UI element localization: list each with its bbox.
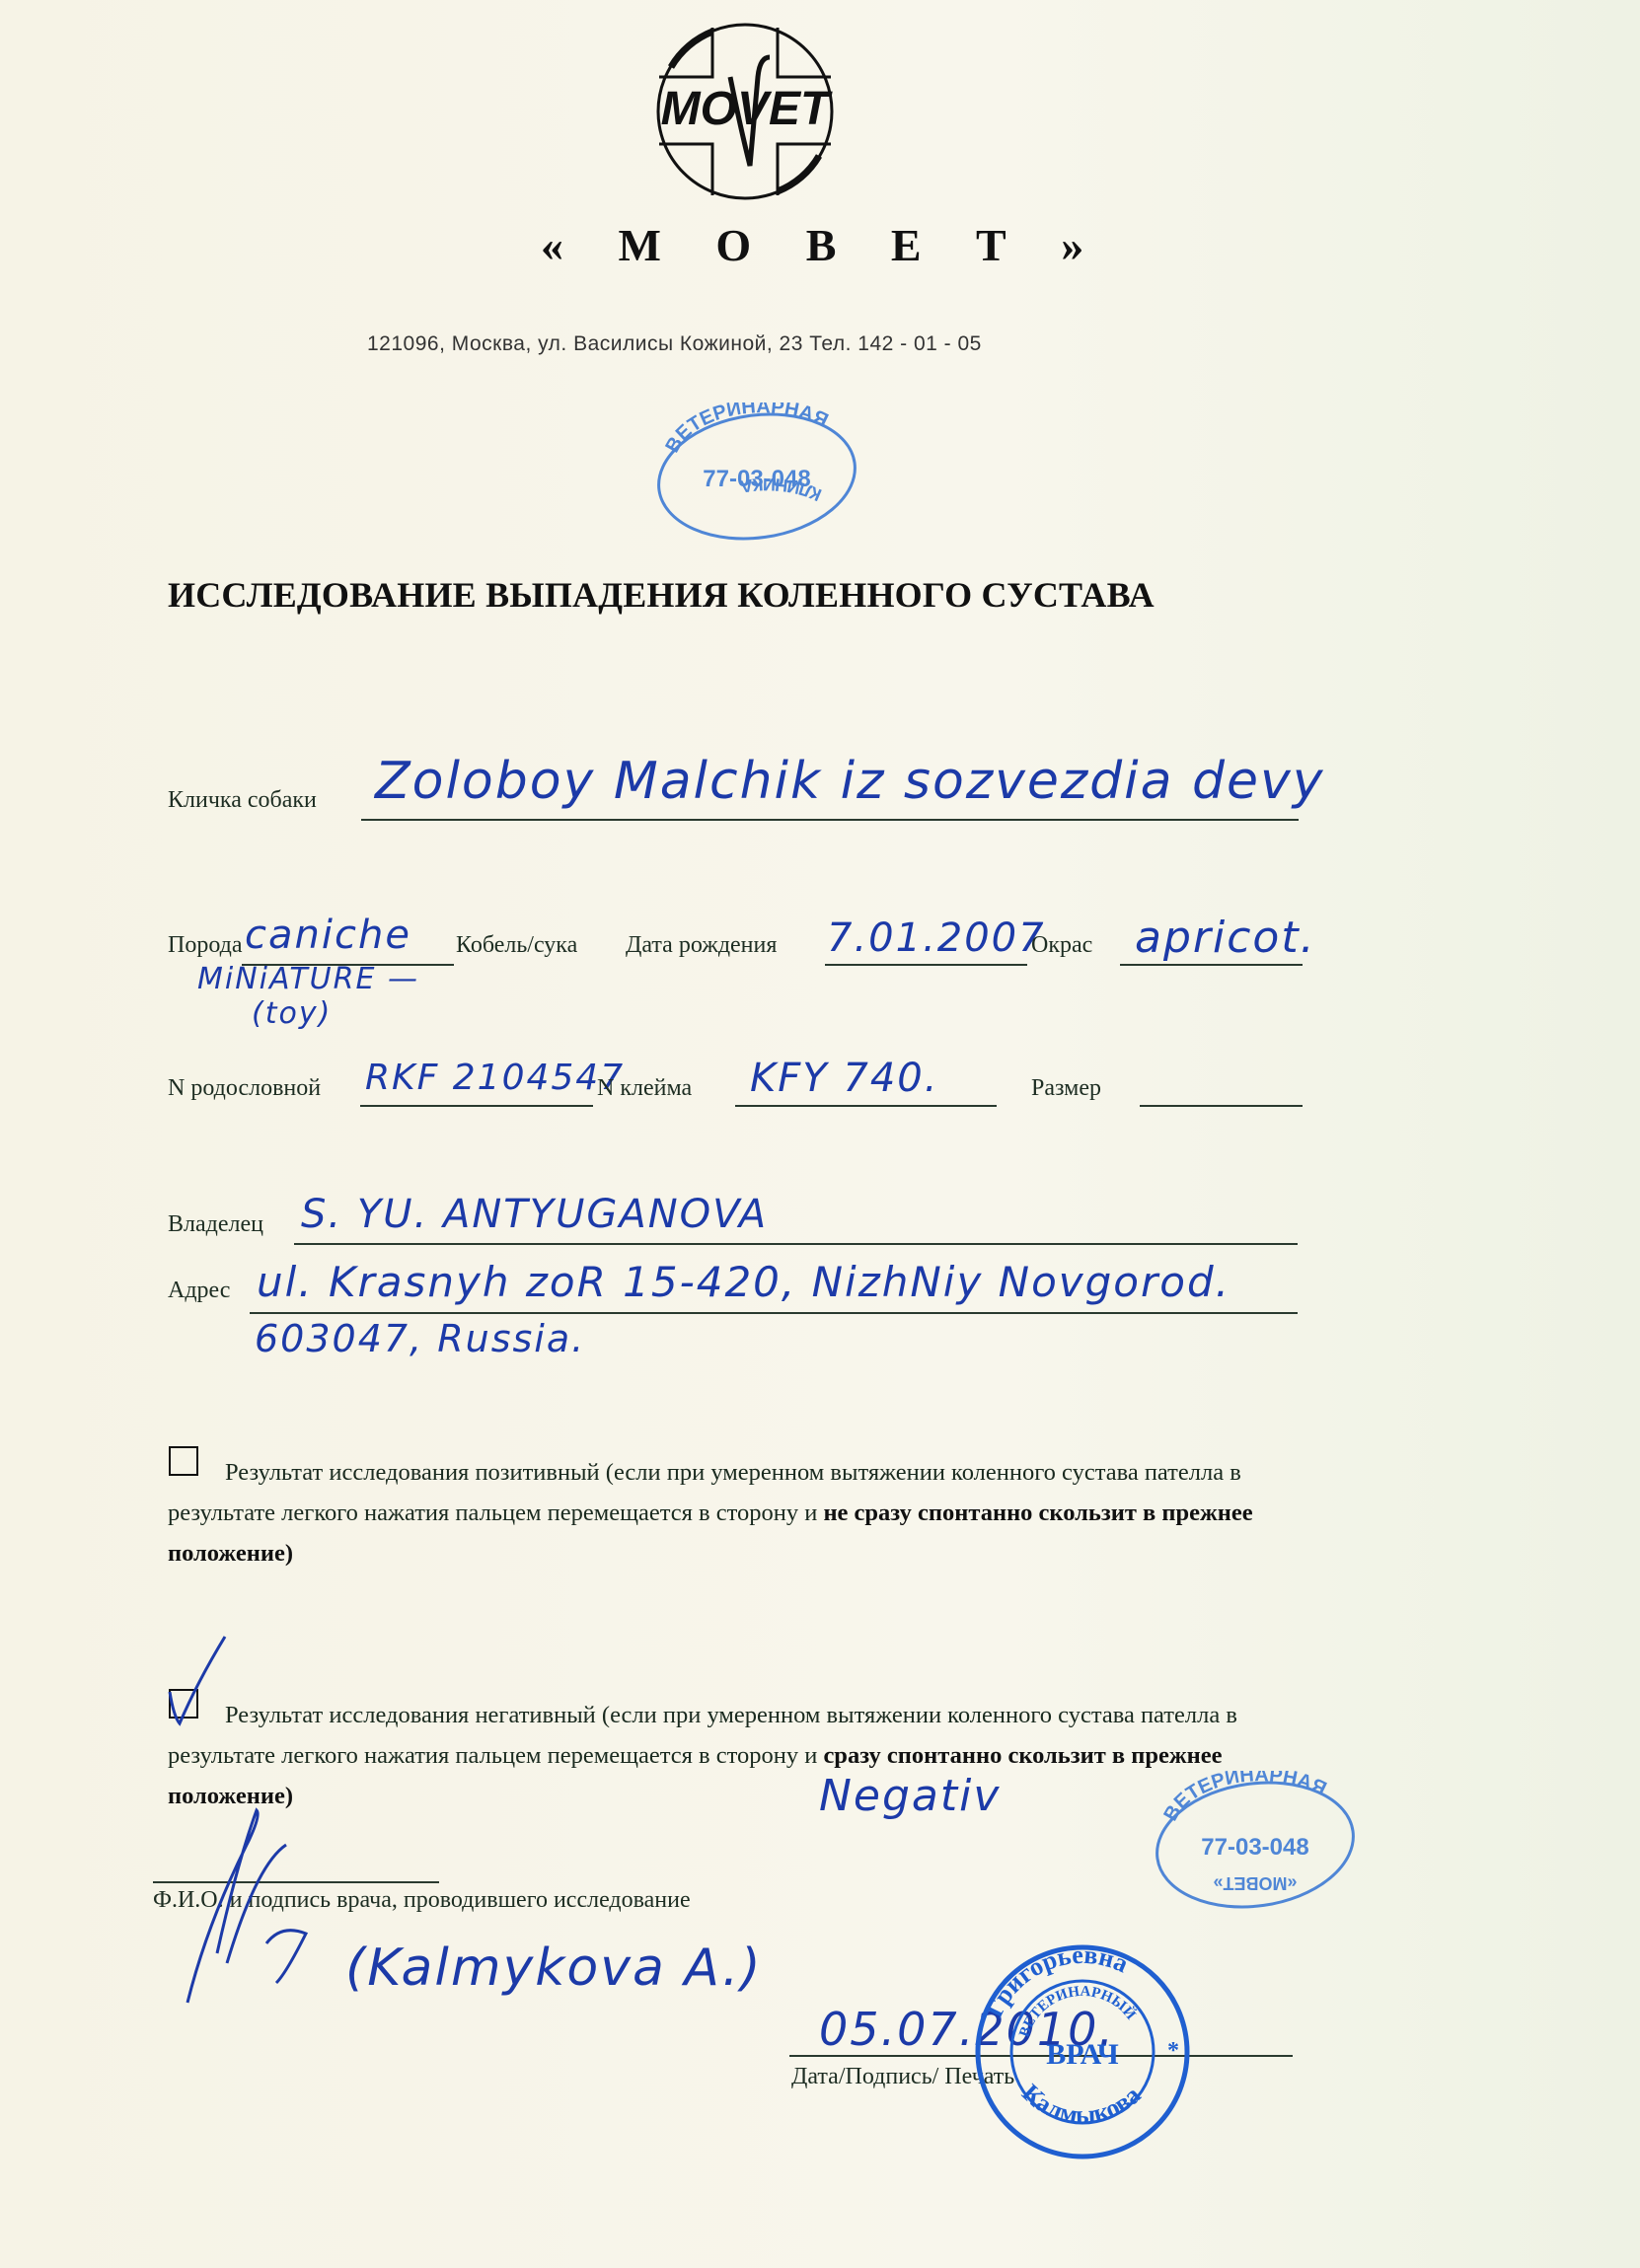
address-line xyxy=(250,1312,1298,1314)
svg-text:Калмыкова: Калмыкова xyxy=(1016,2079,1146,2130)
address-label: Адрес xyxy=(168,1278,230,1304)
doctor-signature-scribble xyxy=(168,1805,335,2032)
document-page: MOVET « М О В Е Т » 121096, Москва, ул. … xyxy=(0,0,1640,2268)
svg-text:ВЕТЕРИНАРНАЯ: ВЕТЕРИНАРНАЯ xyxy=(661,402,831,457)
address-value-line1[interactable]: ul. Krasnyh zoR 15-420, NizhNiy Novgorod… xyxy=(257,1258,1230,1306)
pedigree-value[interactable]: RKF 2104547 xyxy=(365,1058,625,1098)
svg-text:MOVET: MOVET xyxy=(661,83,833,135)
brand-no-line xyxy=(735,1105,997,1107)
address-value-line2: 603047, Russia. xyxy=(255,1317,585,1360)
company-address: 121096, Москва, ул. Василисы Кожиной, 23… xyxy=(367,332,982,356)
brand-name: « М О В Е Т » xyxy=(541,219,1105,271)
coat-color-value[interactable]: apricot. xyxy=(1135,913,1316,963)
size-line[interactable] xyxy=(1140,1105,1303,1107)
birth-date-label: Дата рождения xyxy=(626,932,777,959)
svg-text:ВЕТЕРИНАРНАЯ: ВЕТЕРИНАРНАЯ xyxy=(1159,1771,1329,1825)
clinic-stamp-top: ВЕТЕРИНАРНАЯ КЛИНИКА 77-03-048 xyxy=(646,402,863,550)
owner-value[interactable]: S. YU. ANTYUGANOVA xyxy=(301,1192,768,1237)
sex-label: Кобель/сука xyxy=(456,932,577,959)
svg-text:«МОВЕТ»: «МОВЕТ» xyxy=(1213,1873,1297,1893)
doctor-stamp: Григорьевна Калмыкова ВЕТЕРИНАРНЫЙ ВРАЧ … xyxy=(972,1941,1194,2163)
brand-no-label: N клейма xyxy=(597,1075,692,1102)
svg-text:77-03-048: 77-03-048 xyxy=(703,466,810,492)
clinic-stamp-bottom: ВЕТЕРИНАРНАЯ 77-03-048 «МОВЕТ» xyxy=(1145,1771,1362,1919)
doctor-name: (Kalmykova A.) xyxy=(345,1939,763,1998)
breed-value-extra: MiNiATURE — xyxy=(197,962,419,996)
owner-line xyxy=(294,1243,1298,1245)
pedigree-line xyxy=(360,1105,593,1107)
pedigree-label: N родословной xyxy=(168,1075,321,1102)
coat-color-label: Окрас xyxy=(1031,932,1092,959)
breed-value-toy: (toy) xyxy=(252,996,332,1031)
negative-handwritten-note: Negativ xyxy=(819,1771,1001,1821)
dog-name-value[interactable]: Zoloboy Malchik iz sozvezdia devy xyxy=(375,752,1325,811)
size-label: Размер xyxy=(1031,1075,1101,1102)
positive-result-text: Результат исследования позитивный (если … xyxy=(168,1452,1322,1573)
dog-name-label: Кличка собаки xyxy=(168,787,317,814)
coat-color-line xyxy=(1120,964,1303,966)
owner-label: Владелец xyxy=(168,1211,263,1238)
birth-date-value[interactable]: 7.01.2007 xyxy=(827,915,1046,961)
svg-text:77-03-048: 77-03-048 xyxy=(1201,1834,1308,1861)
document-title: ИССЛЕДОВАНИЕ ВЫПАДЕНИЯ КОЛЕННОГО СУСТАВА xyxy=(168,574,1155,616)
birth-date-line xyxy=(825,964,1027,966)
brand-no-value[interactable]: KFY 740. xyxy=(750,1056,938,1101)
movet-logo: MOVET xyxy=(651,18,839,205)
breed-value[interactable]: caniche xyxy=(245,913,411,958)
svg-text:Григорьевна: Григорьевна xyxy=(979,1941,1132,2021)
svg-text:ВРАЧ: ВРАЧ xyxy=(1046,2038,1119,2071)
dog-name-line xyxy=(361,819,1299,821)
svg-text:*: * xyxy=(1167,2038,1179,2064)
breed-label: Порода xyxy=(168,932,243,959)
